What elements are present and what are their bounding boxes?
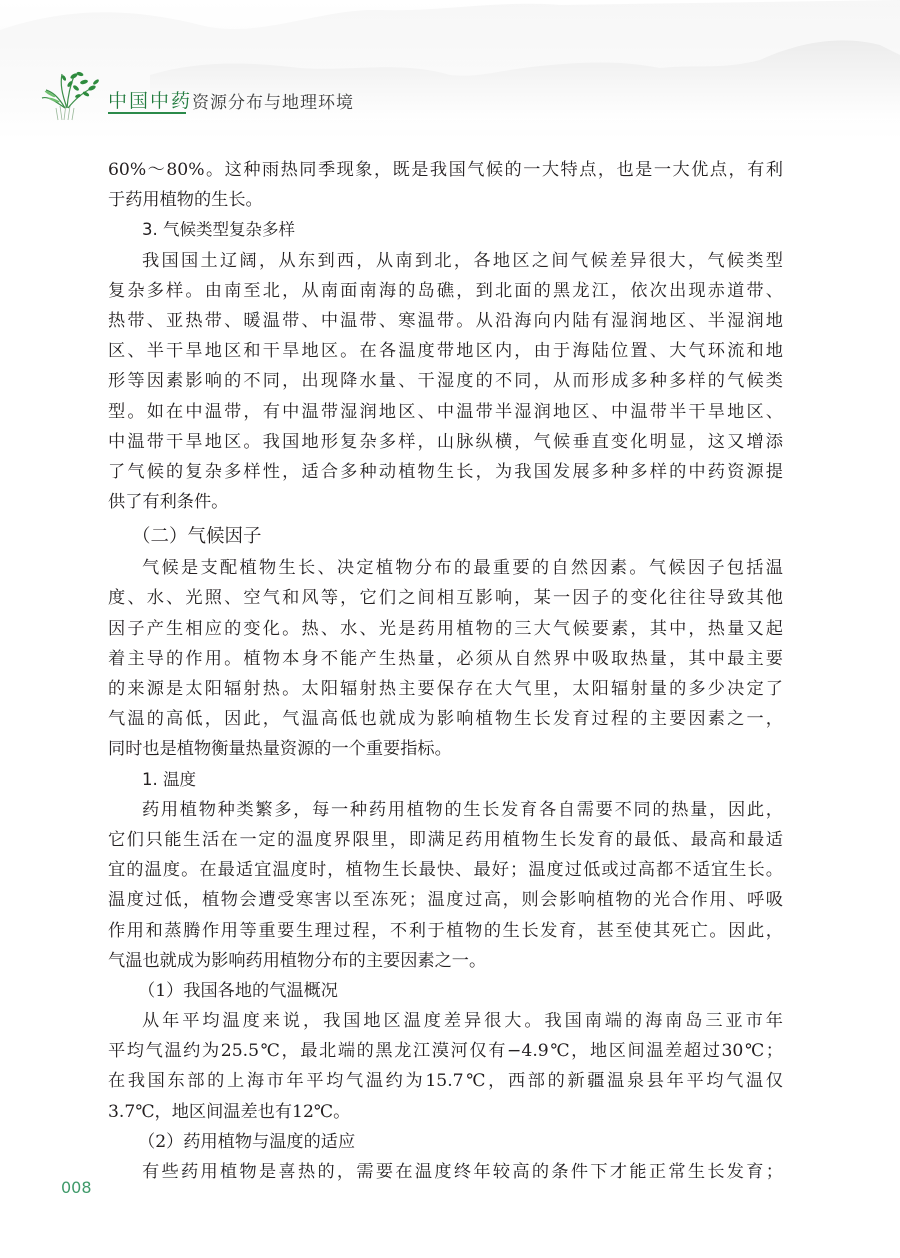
page-number: 008 [61, 1178, 92, 1197]
paragraph-line: 平均气温约为25.5℃，最北端的黑龙江漠河仅有−4.9℃，地区间温差超过30℃； [108, 1036, 783, 1066]
subsection-heading: 3. 气候类型复杂多样 [108, 215, 783, 245]
paragraph-line: 药用植物种类繁多，每一种药用植物的生长发育各自需要不同的热量，因此， [108, 795, 783, 825]
subsection-heading: （2）药用植物与温度的适应 [108, 1127, 783, 1157]
paragraph-line: 气温也就成为影响药用植物分布的主要因素之一。 [108, 946, 783, 976]
brand-underline [108, 112, 186, 114]
paragraph-line: 供了有利条件。 [108, 487, 783, 517]
paragraph-line: 复杂多样。由南至北，从南面南海的岛礁，到北面的黑龙江，依次出现赤道带、 [108, 276, 783, 306]
page-body: 60%～80%。这种雨热同季现象，既是我国气候的一大特点，也是一大优点，有利 于… [108, 155, 783, 1187]
paragraph-line: 型。如在中温带，有中温带湿润地区、中温带半湿润地区、中温带半干旱地区、 [108, 397, 783, 427]
paragraph-line: 温度过低，植物会遭受寒害以至冻死；温度过高，则会影响植物的光合作用、呼吸 [108, 885, 783, 915]
paragraph-line: 区、半干旱地区和干旱地区。在各温度带地区内，由于海陆位置、大气环流和地 [108, 336, 783, 366]
brand-title: 中国中药 [108, 86, 192, 113]
book-subtitle: 资源分布与地理环境 [192, 88, 354, 113]
paragraph-line: 同时也是植物衡量热量资源的一个重要指标。 [108, 734, 783, 764]
paragraph-line: 气候是支配植物生长、决定植物分布的最重要的自然因素。气候因子包括温 [108, 553, 783, 583]
paragraph-line: 着主导的作用。植物本身不能产生热量，必须从自然界中吸取热量，其中最主要 [108, 644, 783, 674]
paragraph-line: 作用和蒸腾作用等重要生理过程，不利于植物的生长发育，甚至使其死亡。因此， [108, 916, 783, 946]
paragraph-line: 在我国东部的上海市年平均气温约为15.7℃，西部的新疆温泉县年平均气温仅 [108, 1066, 783, 1096]
paragraph-line: 形等因素影响的不同，出现降水量、干湿度的不同，从而形成多种多样的气候类 [108, 366, 783, 396]
paragraph-line: 从年平均温度来说，我国地区温度差异很大。我国南端的海南岛三亚市年 [108, 1006, 783, 1036]
mountain-silhouette-decoration [0, 0, 900, 140]
paragraph-line: 3.7℃，地区间温差也有12℃。 [108, 1097, 783, 1127]
paragraph-line: 的来源是太阳辐射热。太阳辐射热主要保存在大气里，太阳辐射量的多少决定了 [108, 674, 783, 704]
section-heading: （二）气候因子 [108, 517, 783, 553]
paragraph-line: 它们只能生活在一定的温度界限里，即满足药用植物生长发育的最低、最高和最适 [108, 825, 783, 855]
paragraph-line: 因子产生相应的变化。热、水、光是药用植物的三大气候要素，其中，热量又起 [108, 614, 783, 644]
paragraph-line: 我国国土辽阔，从东到西，从南到北，各地区之间气候差异很大，气候类型 [108, 246, 783, 276]
paragraph-line: 气温的高低，因此，气温高低也就成为影响植物生长发育过程的主要因素之一， [108, 704, 783, 734]
paragraph-line: 度、水、光照、空气和风等，它们之间相互影响，某一因子的变化往往导致其他 [108, 583, 783, 613]
paragraph-line: 有些药用植物是喜热的，需要在温度终年较高的条件下才能正常生长发育； [108, 1157, 783, 1187]
subsection-heading: 1. 温度 [108, 765, 783, 795]
paragraph-line: 中温带干旱地区。我国地形复杂多样，山脉纵横，气候垂直变化明显，这又增添 [108, 427, 783, 457]
paragraph-line: 了气候的复杂多样性，适合多种动植物生长，为我国发展多种多样的中药资源提 [108, 457, 783, 487]
herb-plant-logo-icon [40, 66, 110, 122]
paragraph-line: 60%～80%。这种雨热同季现象，既是我国气候的一大特点，也是一大优点，有利 [108, 155, 783, 185]
subsection-heading: （1）我国各地的气温概况 [108, 976, 783, 1006]
paragraph-line: 宜的温度。在最适宜温度时，植物生长最快、最好；温度过低或过高都不适宜生长。 [108, 855, 783, 885]
paragraph-line: 于药用植物的生长。 [108, 185, 783, 215]
paragraph-line: 热带、亚热带、暖温带、中温带、寒温带。从沿海向内陆有湿润地区、半湿润地 [108, 306, 783, 336]
